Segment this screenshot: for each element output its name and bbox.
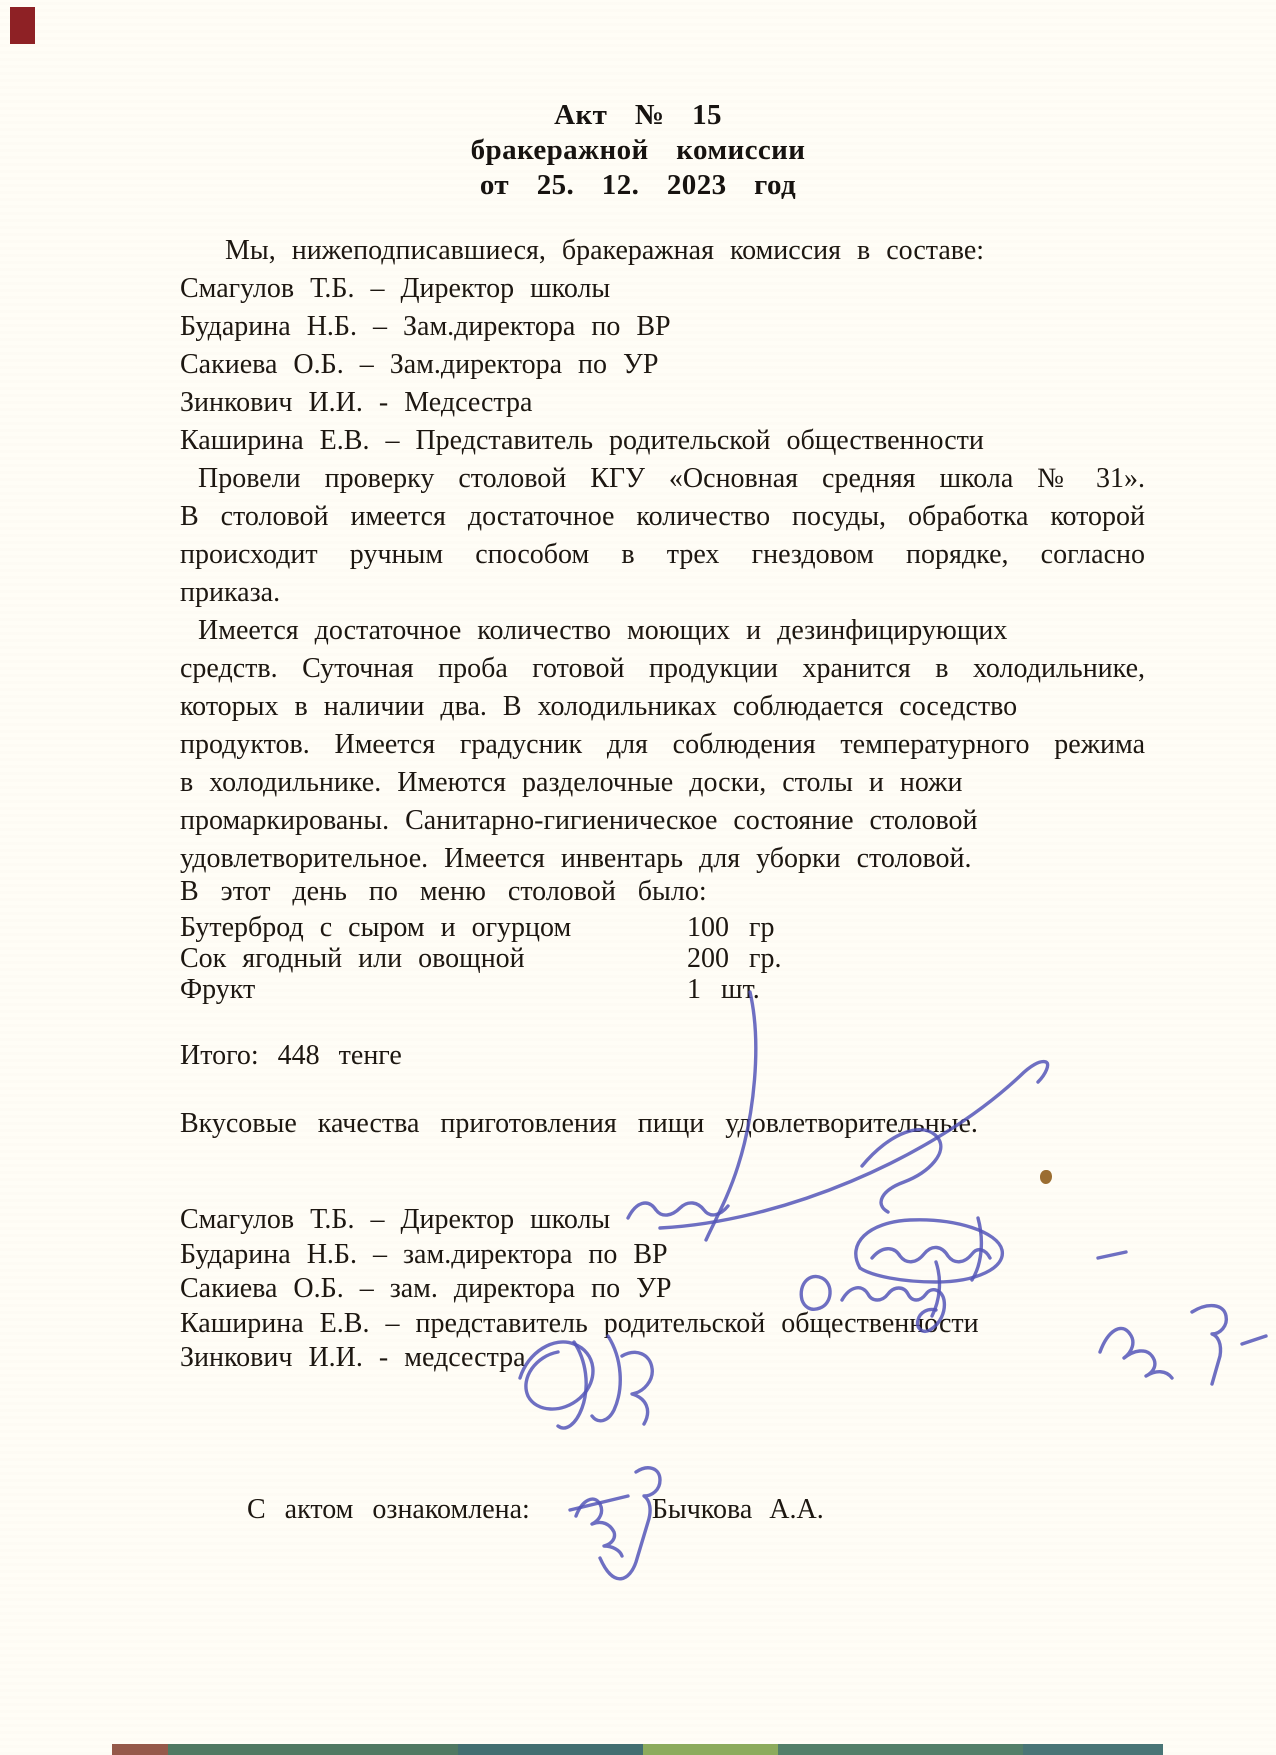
ink-speck [1040, 1170, 1052, 1184]
commission-member-line: Каширина Е.В. – Представитель родительск… [180, 422, 1145, 460]
scan-corner-mark [10, 7, 35, 44]
body-line: удовлетворительное. Имеется инвентарь дл… [180, 840, 1145, 878]
body-line: промаркированы. Санитарно-гигиеническое … [180, 802, 1145, 840]
scan-edge-artifact [168, 1744, 458, 1755]
commission-member-line: Сакиева О.Б. – Зам.директора по УР [180, 346, 1145, 384]
signatory-line: Сакиева О.Б. – зам. директора по УР [180, 1272, 979, 1307]
body-line: приказа. [180, 574, 1145, 612]
scan-edge-artifact [458, 1744, 643, 1755]
menu-item-row: Фрукт 1 шт. [180, 974, 920, 1005]
body-line: средств. Суточная проба готовой продукци… [180, 650, 1145, 688]
menu-item-amount: 1 шт. [687, 974, 760, 1005]
menu-item-name: Бутерброд с сыром и огурцом [180, 912, 687, 943]
scanned-document-page: Акт № 15 бракеражной комиссии от 25. 12.… [0, 0, 1276, 1755]
title-commission: бракеражной комиссии [26, 133, 1250, 168]
scan-edge-artifact [112, 1744, 168, 1755]
body-line: Имеется достаточное количество моющих и … [180, 612, 1145, 650]
body-line: которых в наличии два. В холодильниках с… [180, 688, 1145, 726]
signatory-line: Смагулов Т.Б. – Директор школы [180, 1203, 979, 1238]
acknowledgement-label: С актом ознакомлена: [247, 1494, 530, 1525]
document-body: Мы, нижеподписавшиеся, бракеражная комис… [180, 232, 1145, 878]
acknowledgement-line: С актом ознакомлена:Бычкова А.А. [247, 1494, 824, 1526]
document-title: Акт № 15 бракеражной комиссии от 25. 12.… [26, 98, 1250, 203]
title-act-number: Акт № 15 [26, 98, 1250, 133]
commission-member-line: Смагулов Т.Б. – Директор школы [180, 270, 1145, 308]
signature-block: Смагулов Т.Б. – Директор школы Бударина … [180, 1203, 979, 1376]
menu-heading: В этот день по меню столовой было: [180, 876, 707, 908]
signatory-line: Зинкович И.И. - медсестра [180, 1341, 979, 1376]
body-line: в холодильнике. Имеются разделочные доск… [180, 764, 1145, 802]
scan-edge-artifact [778, 1744, 1023, 1755]
menu-item-amount: 200 гр. [687, 943, 781, 974]
menu-item-amount: 100 гр [687, 912, 774, 943]
body-line: Провели проверку столовой КГУ «Основная … [180, 460, 1145, 498]
taste-quality-line: Вкусовые качества приготовления пищи удо… [180, 1108, 978, 1140]
intro-line: Мы, нижеподписавшиеся, бракеражная комис… [180, 232, 1145, 270]
menu-item-row: Бутерброд с сыром и огурцом 100 гр [180, 912, 920, 943]
total-price-line: Итого: 448 тенге [180, 1040, 402, 1072]
signatory-line: Бударина Н.Б. – зам.директора по ВР [180, 1238, 979, 1273]
body-line: происходит ручным способом в трех гнездо… [180, 536, 1145, 574]
commission-member-line: Зинкович И.И. - Медсестра [180, 384, 1145, 422]
scan-edge-artifact [643, 1744, 778, 1755]
menu-item-row: Сок ягодный или овощной 200 гр. [180, 943, 920, 974]
signatory-line: Каширина Е.В. – представитель родительск… [180, 1307, 979, 1342]
body-line: В столовой имеется достаточное количеств… [180, 498, 1145, 536]
scan-edge-artifact [1023, 1744, 1163, 1755]
title-date: от 25. 12. 2023 год [26, 168, 1250, 203]
body-line: продуктов. Имеется градусник для соблюде… [180, 726, 1145, 764]
menu-item-name: Сок ягодный или овощной [180, 943, 687, 974]
signature-kashirina [1100, 1306, 1266, 1384]
commission-member-line: Бударина Н.Б. – Зам.директора по ВР [180, 308, 1145, 346]
acknowledgement-name: Бычкова А.А. [652, 1494, 824, 1525]
menu-item-name: Фрукт [180, 974, 687, 1005]
menu-list: Бутерброд с сыром и огурцом 100 гр Сок я… [180, 912, 920, 1005]
